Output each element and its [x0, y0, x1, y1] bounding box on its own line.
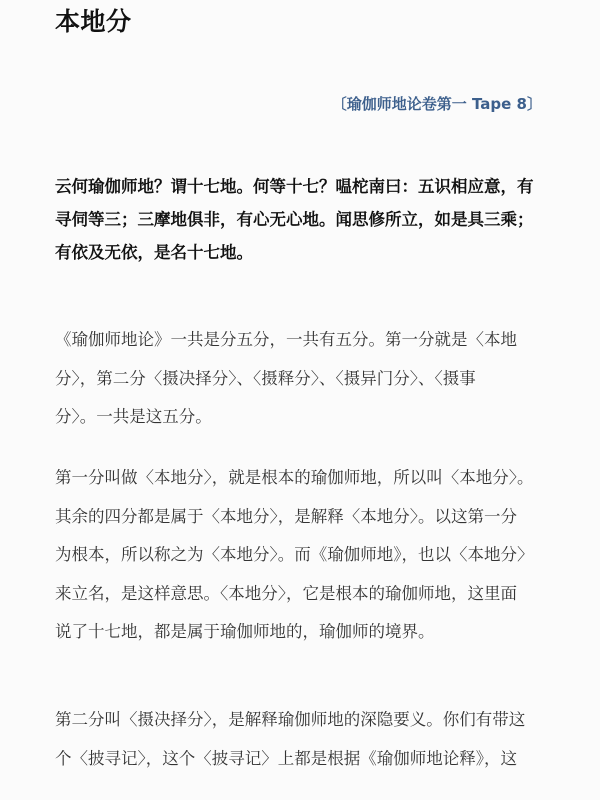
paragraph-first-division: 第一分叫做〈本地分〉，就是根本的瑜伽师地，所以叫〈本地分〉。 其余的四分都是属于… — [55, 459, 555, 652]
verse-block: 云何瑜伽师地？谓十七地。何等十七？嗢柁南曰：五识相应意，有 寻伺等三；三摩地俱非… — [55, 170, 555, 269]
verse-line: 云何瑜伽师地？谓十七地。何等十七？嗢柁南曰：五识相应意，有 — [55, 170, 555, 203]
paragraph-line: 个〈披寻记〉，这个〈披寻记〉上都是根据《瑜伽师地论释》，这 — [55, 740, 555, 779]
paragraph-five-divisions: 《瑜伽师地论》一共是分五分，一共有五分。第一分就是〈本地 分〉，第二分〈摄决择分… — [55, 321, 555, 437]
section-title: 本地分 — [55, 4, 132, 40]
verse-line: 寻伺等三；三摩地俱非，有心无心地。闻思修所立，如是具三乘； — [55, 203, 555, 236]
paragraph-line: 第一分叫做〈本地分〉，就是根本的瑜伽师地，所以叫〈本地分〉。 — [55, 459, 555, 498]
document-page: 本地分 〔瑜伽师地论卷第一 Tape 8〕 云何瑜伽师地？谓十七地。何等十七？嗢… — [0, 0, 600, 800]
paragraph-line: 分〉，第二分〈摄决择分〉、〈摄释分〉、〈摄异门分〉、〈摄事 — [55, 360, 555, 399]
paragraph-line: 第二分叫〈摄决择分〉，是解释瑜伽师地的深隐要义。你们有带这 — [55, 701, 555, 740]
paragraph-second-division: 第二分叫〈摄决择分〉，是解释瑜伽师地的深隐要义。你们有带这 个〈披寻记〉，这个〈… — [55, 701, 555, 778]
paragraph-line: 其余的四分都是属于〈本地分〉，是解释〈本地分〉。以这第一分 — [55, 498, 555, 537]
paragraph-line: 来立名，是这样意思。〈本地分〉，它是根本的瑜伽师地，这里面 — [55, 575, 555, 614]
paragraph-line: 为根本，所以称之为〈本地分〉。而《瑜伽师地》，也以〈本地分〉 — [55, 536, 555, 575]
paragraph-line: 说了十七地，都是属于瑜伽师地的，瑜伽师的境界。 — [55, 613, 555, 652]
paragraph-line: 《瑜伽师地论》一共是分五分，一共有五分。第一分就是〈本地 — [55, 321, 555, 360]
verse-line: 有依及无依，是名十七地。 — [55, 236, 555, 269]
tape-label: 〔瑜伽师地论卷第一 Tape 8〕 — [332, 92, 542, 116]
paragraph-line: 分〉。一共是这五分。 — [55, 398, 555, 437]
